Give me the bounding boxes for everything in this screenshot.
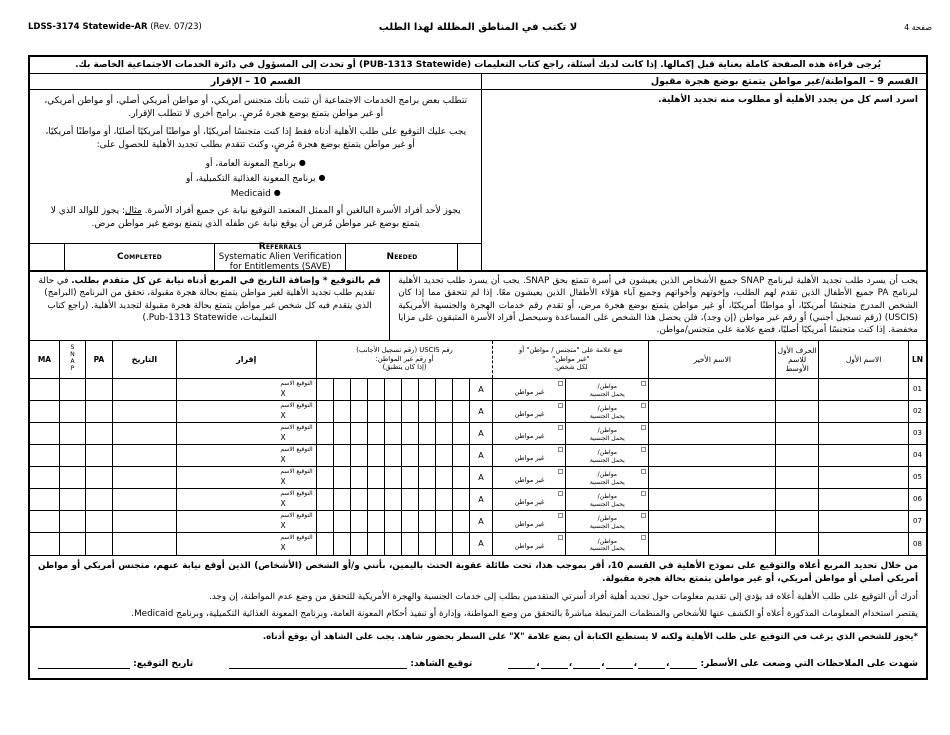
- sign-name-label: التوقيع الاسم: [280, 490, 312, 497]
- uscis-digit-box[interactable]: [419, 445, 436, 466]
- mark-line-field[interactable]: [638, 658, 665, 669]
- header-date: التاريخ: [113, 341, 177, 378]
- witnessed-marks-group: شهدت على الملاحظات التي وضعت على الأسطر:…: [508, 658, 918, 669]
- uscis-digit-boxes: [317, 401, 470, 422]
- snap-checkbox-cell[interactable]: [60, 423, 86, 444]
- uscis-digit-box[interactable]: [419, 467, 436, 488]
- snap-checkbox-cell[interactable]: [60, 401, 86, 422]
- citizen-label: مواطن/يحمل الجنسية: [590, 471, 625, 485]
- date-field[interactable]: [113, 533, 177, 555]
- uscis-digit-box[interactable]: [317, 401, 334, 422]
- x-mark-label: X: [281, 499, 286, 508]
- ma-checkbox-cell[interactable]: [30, 533, 60, 555]
- bullet-public-assistance: ● برنامج المعونة العامة، أو: [42, 157, 469, 171]
- signature-field[interactable]: التوقيع الاسم X: [177, 489, 317, 510]
- uscis-digit-box[interactable]: [436, 511, 453, 532]
- uscis-digit-box[interactable]: [419, 379, 436, 400]
- signature-date-field[interactable]: [38, 658, 130, 669]
- uscis-digit-box[interactable]: [385, 379, 402, 400]
- citizen-checkbox[interactable]: [641, 425, 646, 430]
- citizen-option[interactable]: مواطن/يحمل الجنسية: [566, 401, 649, 422]
- last-name-field[interactable]: [649, 511, 776, 532]
- noncitizen-checkbox[interactable]: [558, 403, 563, 408]
- noncitizen-label: غير مواطن: [515, 432, 545, 440]
- pa-checkbox-cell[interactable]: [86, 379, 113, 400]
- form-page: LDSS-3174 Statewide-AR (Rev. 07/23) لا ت…: [0, 0, 950, 735]
- form-id: LDSS-3174 Statewide-AR (Rev. 07/23): [28, 22, 202, 32]
- uscis-digit-box[interactable]: [368, 423, 385, 444]
- uscis-digit-boxes: [317, 489, 470, 510]
- uscis-digit-box[interactable]: [334, 467, 351, 488]
- section10-para2: يجب عليك التوقيع على طلب الأهلية أدناه ف…: [42, 126, 469, 152]
- uscis-digit-box[interactable]: [436, 467, 453, 488]
- uscis-digit-box[interactable]: [419, 423, 436, 444]
- header-ma: MA: [30, 341, 60, 378]
- ln-cell: 07: [909, 511, 926, 532]
- save-needed-label: Needed: [345, 244, 457, 270]
- sign-name-label: التوقيع الاسم: [280, 402, 312, 409]
- pa-checkbox-cell[interactable]: [86, 511, 113, 532]
- uscis-digit-box[interactable]: [317, 489, 334, 510]
- table-body: التوقيع الاسم X A غير مواطن مواطن/يحمل ا…: [30, 379, 926, 555]
- bullet-medicaid: ● Medicaid: [42, 187, 469, 201]
- middle-initial-field[interactable]: [776, 489, 819, 510]
- x-mark-label: X: [281, 543, 286, 552]
- middle-initial-field[interactable]: [776, 445, 819, 466]
- uscis-digit-box[interactable]: [453, 445, 469, 466]
- first-name-field[interactable]: [819, 379, 909, 400]
- citizen-option[interactable]: مواطن/يحمل الجنسية: [566, 445, 649, 466]
- table-row: التوقيع الاسم X A غير مواطن مواطن/يحمل ا…: [30, 533, 926, 555]
- citizen-label: مواطن/يحمل الجنسية: [590, 538, 625, 552]
- snap-pa-instruction: يجب أن يسرد طلب تجديد الأهلية لبرنامج SN…: [390, 272, 926, 340]
- ma-checkbox-cell[interactable]: [30, 489, 60, 510]
- a-number-prefix: A: [470, 533, 494, 555]
- citizen-option[interactable]: مواطن/يحمل الجنسية: [566, 489, 649, 510]
- snap-checkbox-cell[interactable]: [60, 511, 86, 532]
- sign-name-label: التوقيع الاسم: [280, 468, 312, 475]
- noncitizen-checkbox[interactable]: [558, 425, 563, 430]
- bullet-icon: ●: [318, 173, 325, 182]
- ln-cell: 06: [909, 489, 926, 510]
- uscis-digit-box[interactable]: [334, 379, 351, 400]
- uscis-digit-box[interactable]: [334, 423, 351, 444]
- noncitizen-option[interactable]: غير مواطن: [493, 467, 566, 488]
- noncitizen-label: غير مواطن: [515, 542, 545, 550]
- noncitizen-option[interactable]: غير مواطن: [493, 511, 566, 532]
- last-name-field[interactable]: [649, 401, 776, 422]
- save-referrals-row: Completed Referrals Systematic Alien Ver…: [30, 243, 481, 270]
- noncitizen-label: غير مواطن: [515, 454, 545, 462]
- noncitizen-option[interactable]: غير مواطن: [493, 423, 566, 444]
- snap-checkbox-cell[interactable]: [60, 445, 86, 466]
- page-header: LDSS-3174 Statewide-AR (Rev. 07/23) لا ت…: [28, 22, 928, 37]
- uscis-digit-box[interactable]: [368, 379, 385, 400]
- middle-initial-field[interactable]: [776, 401, 819, 422]
- date-field[interactable]: [113, 423, 177, 444]
- uscis-digit-box[interactable]: [402, 489, 419, 510]
- noncitizen-option[interactable]: غير مواطن: [493, 401, 566, 422]
- mark-line-field[interactable]: [606, 658, 633, 669]
- uscis-digit-box[interactable]: [453, 467, 469, 488]
- uscis-digit-box[interactable]: [317, 467, 334, 488]
- signature-field[interactable]: التوقيع الاسم X: [177, 511, 317, 532]
- first-name-field[interactable]: [819, 467, 909, 488]
- last-name-field[interactable]: [649, 423, 776, 444]
- first-name-field[interactable]: [819, 533, 909, 555]
- ma-checkbox-cell[interactable]: [30, 511, 60, 532]
- uscis-digit-box[interactable]: [368, 401, 385, 422]
- uscis-digit-box[interactable]: [385, 489, 402, 510]
- uscis-digit-box[interactable]: [351, 467, 368, 488]
- uscis-digit-box[interactable]: [334, 511, 351, 532]
- uscis-digit-box[interactable]: [419, 511, 436, 532]
- header-snap: S N A P: [60, 341, 86, 378]
- table-row: التوقيع الاسم X A غير مواطن مواطن/يحمل ا…: [30, 423, 926, 445]
- last-name-field[interactable]: [649, 467, 776, 488]
- signature-date-group: تاريخ التوقيع:: [38, 658, 193, 669]
- uscis-digit-box[interactable]: [402, 533, 419, 555]
- mark-line-field[interactable]: [508, 658, 535, 669]
- mark-line-field[interactable]: [541, 658, 568, 669]
- x-mark-label: X: [281, 433, 286, 442]
- last-name-field[interactable]: [649, 533, 776, 555]
- uscis-digit-box[interactable]: [334, 489, 351, 510]
- save-empty-cell-right[interactable]: [457, 244, 481, 270]
- table-row: التوقيع الاسم X A غير مواطن مواطن/يحمل ا…: [30, 467, 926, 489]
- citizen-option[interactable]: مواطن/يحمل الجنسية: [566, 423, 649, 444]
- declaration-bold-para: من خلال تحديد المربع أعلاه والتوقيع على …: [38, 560, 918, 586]
- uscis-digit-box[interactable]: [317, 511, 334, 532]
- citizen-option[interactable]: مواطن/يحمل الجنسية: [566, 533, 649, 555]
- header-pa: PA: [86, 341, 113, 378]
- uscis-digit-box[interactable]: [334, 401, 351, 422]
- last-name-field[interactable]: [649, 489, 776, 510]
- citizen-checkbox[interactable]: [641, 469, 646, 474]
- citizen-label: مواطن/يحمل الجنسية: [590, 449, 625, 463]
- ma-checkbox-cell[interactable]: [30, 379, 60, 400]
- first-name-field[interactable]: [819, 511, 909, 532]
- x-mark-label: X: [281, 521, 286, 530]
- uscis-digit-box[interactable]: [368, 489, 385, 510]
- noncitizen-label: غير مواطن: [515, 520, 545, 528]
- noncitizen-checkbox[interactable]: [558, 381, 563, 386]
- ln-cell: 01: [909, 379, 926, 400]
- last-name-field[interactable]: [649, 379, 776, 400]
- ln-cell: 02: [909, 401, 926, 422]
- section-columns: تتطلب بعض برامج الخدمات الاجتماعية أن تث…: [30, 90, 926, 272]
- section-header-row: القسم 10 – الإقرار القسم 9 – المواطنة/غي…: [30, 74, 926, 90]
- uscis-digit-box[interactable]: [402, 445, 419, 466]
- page-number: صفحة 4: [904, 23, 932, 32]
- noncitizen-label: غير مواطن: [515, 498, 545, 506]
- uscis-digit-box[interactable]: [351, 533, 368, 555]
- noncitizen-label: غير مواطن: [515, 410, 545, 418]
- x-mark-label: X: [281, 389, 286, 398]
- section10-para3: يجوز لأحد أفراد الأسرة البالغين أو الممث…: [42, 205, 469, 231]
- uscis-digit-boxes: [317, 533, 470, 555]
- date-field[interactable]: [113, 401, 177, 422]
- uscis-digit-box[interactable]: [368, 445, 385, 466]
- snap-checkbox-cell[interactable]: [60, 533, 86, 555]
- citizen-checkbox[interactable]: [641, 403, 646, 408]
- citizen-label: مواطن/يحمل الجنسية: [590, 383, 625, 397]
- witness-note: *يجوز للشخص الذي يرغب في التوقيع على طلب…: [38, 632, 918, 642]
- table-header-row: MA S N A P PA التاريخ إقرار رقم USCIS (ر…: [30, 341, 926, 379]
- signature-date-label: تاريخ التوقيع:: [133, 659, 193, 669]
- citizen-label: مواطن/يحمل الجنسية: [590, 493, 625, 507]
- header-middle-initial: الحرف الأولللاسم الأوسط: [776, 341, 819, 378]
- mark-line-field[interactable]: [573, 658, 600, 669]
- noncitizen-label: غير مواطن: [515, 476, 545, 484]
- table-row: التوقيع الاسم X A غير مواطن مواطن/يحمل ا…: [30, 379, 926, 401]
- bullet-icon: ●: [274, 188, 281, 197]
- renewal-table: MA S N A P PA التاريخ إقرار رقم USCIS (ر…: [30, 341, 926, 556]
- date-field[interactable]: [113, 489, 177, 510]
- witness-section: *يجوز للشخص الذي يرغب في التوقيع على طلب…: [30, 628, 926, 678]
- a-number-prefix: A: [470, 423, 494, 444]
- save-empty-cell-left[interactable]: [30, 244, 64, 270]
- witness-signature-field[interactable]: [229, 658, 407, 669]
- date-field[interactable]: [113, 445, 177, 466]
- table-row: التوقيع الاسم X A غير مواطن مواطن/يحمل ا…: [30, 445, 926, 467]
- date-field[interactable]: [113, 511, 177, 532]
- uscis-digit-box[interactable]: [351, 423, 368, 444]
- uscis-digit-box[interactable]: [317, 445, 334, 466]
- last-name-field[interactable]: [649, 445, 776, 466]
- intro-instruction: يُرجى قراءة هذه الصفحة كاملة بعناية قبل …: [30, 57, 926, 74]
- table-row: التوقيع الاسم X A غير مواطن مواطن/يحمل ا…: [30, 511, 926, 533]
- witness-signature-label: توقيع الشاهد:: [410, 659, 472, 669]
- uscis-digit-box[interactable]: [351, 511, 368, 532]
- a-number-prefix: A: [470, 467, 494, 488]
- ln-cell: 08: [909, 533, 926, 555]
- section10-para1: تتطلب بعض برامج الخدمات الاجتماعية أن تث…: [42, 95, 469, 121]
- pa-checkbox-cell[interactable]: [86, 423, 113, 444]
- noncitizen-option[interactable]: غير مواطن: [493, 445, 566, 466]
- sign-name-label: التوقيع الاسم: [280, 534, 312, 541]
- snap-checkbox-cell[interactable]: [60, 467, 86, 488]
- citizen-checkbox[interactable]: [641, 491, 646, 496]
- date-field[interactable]: [113, 379, 177, 400]
- uscis-digit-box[interactable]: [317, 533, 334, 555]
- header-last-name: الاسم الأخير: [649, 341, 776, 378]
- uscis-digit-box[interactable]: [334, 445, 351, 466]
- first-name-field[interactable]: [819, 401, 909, 422]
- uscis-digit-box[interactable]: [419, 533, 436, 555]
- uscis-digit-box[interactable]: [402, 511, 419, 532]
- snap-checkbox-cell[interactable]: [60, 379, 86, 400]
- sign-date-instruction: قم بالتوقيع * وإضافة التاريخ في المربع أ…: [30, 272, 390, 340]
- header-instruction: لا تكتب في المناطق المظللة لهذا الطلب: [379, 22, 577, 33]
- first-name-field[interactable]: [819, 423, 909, 444]
- header-mark-status: ضع علامة على "متجنس / مواطن" أو "غير موا…: [493, 341, 649, 378]
- uscis-digit-box[interactable]: [453, 489, 469, 510]
- date-field[interactable]: [113, 467, 177, 488]
- noncitizen-checkbox[interactable]: [558, 491, 563, 496]
- a-number-prefix: A: [470, 379, 494, 400]
- uscis-digit-box[interactable]: [436, 445, 453, 466]
- witnessed-marks-label: شهدت على الملاحظات التي وضعت على الأسطر:: [701, 659, 918, 669]
- signature-field[interactable]: التوقيع الاسم X: [177, 423, 317, 444]
- citizen-option[interactable]: مواطن/يحمل الجنسية: [566, 379, 649, 400]
- sign-name-label: التوقيع الاسم: [280, 424, 312, 431]
- ln-cell: 03: [909, 423, 926, 444]
- uscis-digit-box[interactable]: [385, 423, 402, 444]
- noncitizen-option[interactable]: غير مواطن: [493, 379, 566, 400]
- uscis-digit-boxes: [317, 467, 470, 488]
- signature-field[interactable]: التوقيع الاسم X: [177, 533, 317, 555]
- uscis-digit-box[interactable]: [402, 423, 419, 444]
- section-9-title: القسم 9 – المواطنة/غير مواطن يتمتع بوضع …: [482, 74, 926, 89]
- citizen-option[interactable]: مواطن/يحمل الجنسية: [566, 511, 649, 532]
- uscis-digit-box[interactable]: [385, 401, 402, 422]
- a-number-prefix: A: [470, 445, 494, 466]
- x-mark-label: X: [281, 411, 286, 420]
- ma-checkbox-cell[interactable]: [30, 445, 60, 466]
- declaration-para2: أدرك أن التوقيع على طلب الأهلية أعلاه قد…: [38, 591, 918, 604]
- ln-cell: 04: [909, 445, 926, 466]
- citizen-checkbox[interactable]: [641, 381, 646, 386]
- sign-name-label: التوقيع الاسم: [280, 380, 312, 387]
- table-row: التوقيع الاسم X A غير مواطن مواطن/يحمل ا…: [30, 489, 926, 511]
- uscis-digit-box[interactable]: [351, 379, 368, 400]
- uscis-digit-box[interactable]: [436, 379, 453, 400]
- middle-initial-field[interactable]: [776, 533, 819, 555]
- ma-checkbox-cell[interactable]: [30, 401, 60, 422]
- witness-signature-line: شهدت على الملاحظات التي وضعت على الأسطر:…: [38, 658, 918, 669]
- signature-field[interactable]: التوقيع الاسم X: [177, 401, 317, 422]
- uscis-digit-box[interactable]: [453, 423, 469, 444]
- uscis-digit-box[interactable]: [453, 511, 469, 532]
- noncitizen-option[interactable]: غير مواطن: [493, 489, 566, 510]
- uscis-digit-box[interactable]: [402, 379, 419, 400]
- ln-cell: 05: [909, 467, 926, 488]
- uscis-digit-box[interactable]: [317, 423, 334, 444]
- save-referrals-label: Referrals Systematic Alien Verification …: [214, 244, 345, 270]
- uscis-digit-box[interactable]: [385, 467, 402, 488]
- pa-checkbox-cell[interactable]: [86, 467, 113, 488]
- uscis-digit-box[interactable]: [351, 401, 368, 422]
- uscis-digit-boxes: [317, 423, 470, 444]
- mark-line-field[interactable]: [670, 658, 697, 669]
- snap-checkbox-cell[interactable]: [60, 489, 86, 510]
- uscis-digit-box[interactable]: [351, 445, 368, 466]
- section-10-content: تتطلب بعض برامج الخدمات الاجتماعية أن تث…: [30, 90, 482, 270]
- uscis-digit-box[interactable]: [385, 533, 402, 555]
- uscis-digit-box[interactable]: [368, 511, 385, 532]
- citizen-checkbox[interactable]: [641, 447, 646, 452]
- uscis-digit-box[interactable]: [317, 379, 334, 400]
- declaration-paragraphs: من خلال تحديد المربع أعلاه والتوقيع على …: [30, 556, 926, 629]
- uscis-digit-box[interactable]: [419, 401, 436, 422]
- header-first-name: الاسم الأول: [819, 341, 909, 378]
- uscis-digit-box[interactable]: [419, 489, 436, 510]
- bullet-snap: ● برنامج المعونة الغذائية التكميلية، أو: [42, 172, 469, 186]
- pa-checkbox-cell[interactable]: [86, 445, 113, 466]
- noncitizen-checkbox[interactable]: [558, 513, 563, 518]
- uscis-digit-box[interactable]: [368, 467, 385, 488]
- pa-checkbox-cell[interactable]: [86, 489, 113, 510]
- header-line-number: LN: [909, 341, 926, 378]
- noncitizen-label: غير مواطن: [515, 388, 545, 396]
- bullet-icon: ●: [299, 158, 306, 167]
- declaration-para3: يقتصر استخدام المعلومات المذكورة أعلاه أ…: [38, 608, 918, 621]
- a-number-prefix: A: [470, 511, 494, 532]
- uscis-digit-box[interactable]: [453, 401, 469, 422]
- signature-field[interactable]: التوقيع الاسم X: [177, 379, 317, 400]
- sign-name-label: التوقيع الاسم: [280, 446, 312, 453]
- noncitizen-checkbox[interactable]: [558, 469, 563, 474]
- signature-field[interactable]: التوقيع الاسم X: [177, 445, 317, 466]
- signature-field[interactable]: التوقيع الاسم X: [177, 467, 317, 488]
- pa-checkbox-cell[interactable]: [86, 401, 113, 422]
- middle-initial-field[interactable]: [776, 511, 819, 532]
- ma-checkbox-cell[interactable]: [30, 467, 60, 488]
- ma-checkbox-cell[interactable]: [30, 423, 60, 444]
- uscis-digit-box[interactable]: [402, 467, 419, 488]
- x-mark-label: X: [281, 477, 286, 486]
- citizen-option[interactable]: مواطن/يحمل الجنسية: [566, 467, 649, 488]
- example-word: مثال: [125, 206, 142, 216]
- uscis-digit-box[interactable]: [436, 423, 453, 444]
- a-number-prefix: A: [470, 489, 494, 510]
- form-body: يُرجى قراءة هذه الصفحة كاملة بعناية قبل …: [28, 55, 928, 680]
- uscis-digit-box[interactable]: [436, 401, 453, 422]
- uscis-digit-box[interactable]: [436, 533, 453, 555]
- middle-initial-field[interactable]: [776, 379, 819, 400]
- uscis-digit-boxes: [317, 445, 470, 466]
- middle-initial-field[interactable]: [776, 423, 819, 444]
- uscis-digit-box[interactable]: [453, 533, 469, 555]
- x-mark-label: X: [281, 455, 286, 464]
- uscis-digit-box[interactable]: [351, 489, 368, 510]
- uscis-digit-box[interactable]: [334, 533, 351, 555]
- section-9-content: اسرد اسم كل من يجدد الأهلية أو مطلوب منه…: [482, 90, 926, 270]
- first-name-field[interactable]: [819, 489, 909, 510]
- first-name-field[interactable]: [819, 445, 909, 466]
- uscis-digit-box[interactable]: [368, 533, 385, 555]
- table-row: التوقيع الاسم X A غير مواطن مواطن/يحمل ا…: [30, 401, 926, 423]
- sign-name-label: التوقيع الاسم: [280, 512, 312, 519]
- citizen-checkbox[interactable]: [641, 513, 646, 518]
- citizen-label: مواطن/يحمل الجنسية: [590, 405, 625, 419]
- middle-initial-field[interactable]: [776, 467, 819, 488]
- a-number-prefix: A: [470, 401, 494, 422]
- uscis-digit-box[interactable]: [385, 445, 402, 466]
- uscis-digit-box[interactable]: [402, 401, 419, 422]
- uscis-digit-box[interactable]: [436, 489, 453, 510]
- noncitizen-option[interactable]: غير مواطن: [493, 533, 566, 555]
- uscis-digit-boxes: [317, 511, 470, 532]
- citizen-checkbox[interactable]: [641, 535, 646, 540]
- section-10-title: القسم 10 – الإقرار: [30, 74, 482, 89]
- citizen-label: مواطن/يحمل الجنسية: [590, 427, 625, 441]
- uscis-digit-boxes: [317, 379, 470, 400]
- header-declaration: إقرار: [177, 341, 317, 378]
- program-bullet-list: ● برنامج المعونة العامة، أو ● برنامج الم…: [42, 157, 469, 201]
- noncitizen-checkbox[interactable]: [558, 535, 563, 540]
- citizen-label: مواطن/يحمل الجنسية: [590, 515, 625, 529]
- uscis-digit-box[interactable]: [453, 379, 469, 400]
- header-uscis-number: رقم USCIS (رقم تسجيل الأجانب) أو رقم غير…: [317, 341, 494, 378]
- pre-table-row: قم بالتوقيع * وإضافة التاريخ في المربع أ…: [30, 272, 926, 341]
- witness-signature-group: توقيع الشاهد:: [229, 658, 472, 669]
- noncitizen-checkbox[interactable]: [558, 447, 563, 452]
- uscis-digit-box[interactable]: [385, 511, 402, 532]
- pa-checkbox-cell[interactable]: [86, 533, 113, 555]
- save-completed-label: Completed: [64, 244, 214, 270]
